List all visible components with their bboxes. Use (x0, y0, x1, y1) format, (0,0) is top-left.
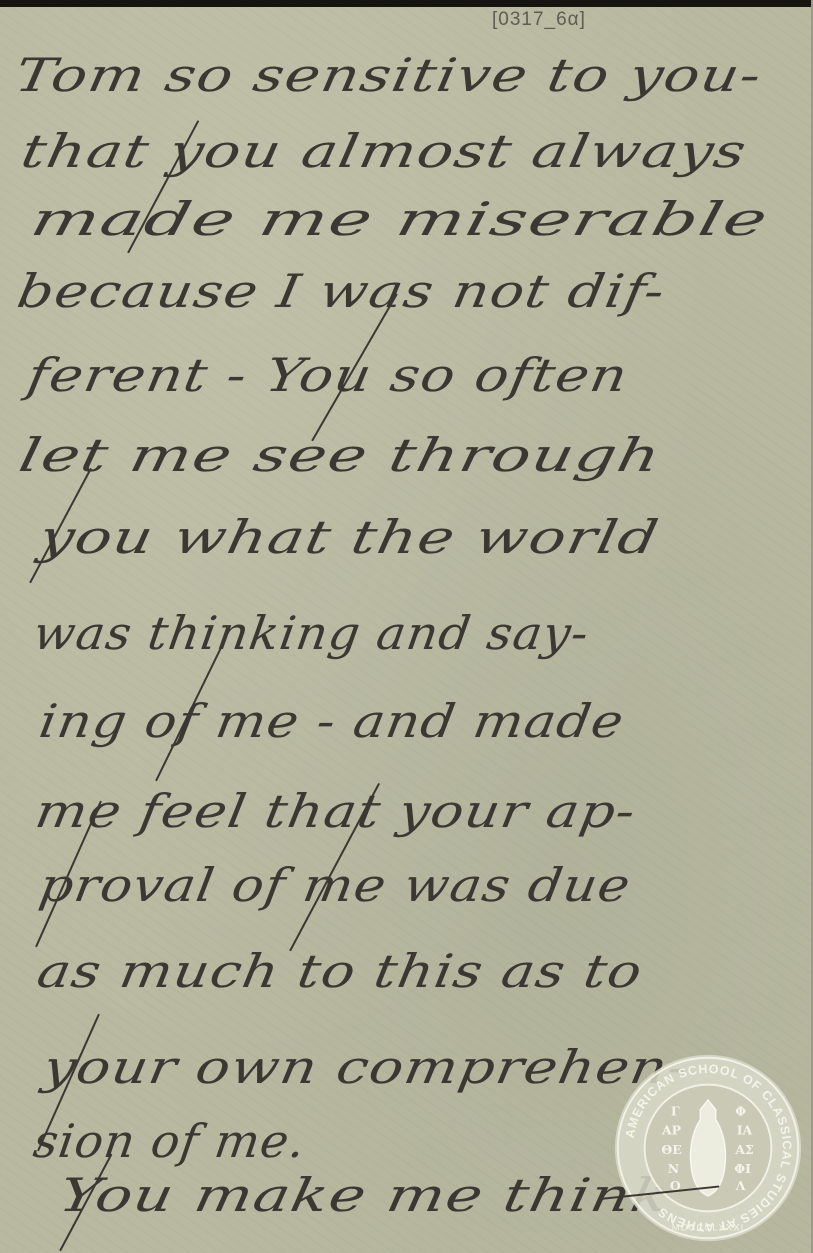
handwritten-line: your own comprehen- (40, 1044, 692, 1090)
handwritten-line: Tom so sensitive to you- (12, 52, 766, 98)
seal-icon: AMERICAN SCHOOL OF CLASSICAL STUDIES AT … (612, 1052, 804, 1244)
handwritten-line: You make me think (56, 1172, 674, 1218)
handwritten-line: let me see through (15, 432, 665, 478)
svg-text:MDCCCLXXXI: MDCCCLXXXI (672, 1223, 744, 1234)
handwritten-line: ferent - You so often (24, 352, 632, 398)
handwritten-line: that you almost always (18, 128, 751, 174)
svg-text:ΘΕ: ΘΕ (661, 1142, 681, 1157)
svg-text:ΑΡ: ΑΡ (661, 1123, 682, 1138)
embossed-seal: AMERICAN SCHOOL OF CLASSICAL STUDIES AT … (612, 1052, 804, 1244)
svg-text:Λ: Λ (735, 1178, 746, 1193)
svg-text:ΑΣ: ΑΣ (734, 1142, 754, 1157)
svg-text:Γ: Γ (671, 1103, 680, 1118)
handwritten-line: you what the world (36, 514, 663, 560)
handwritten-line: was thinking and say- (31, 610, 593, 656)
svg-text:Ν: Ν (668, 1161, 679, 1176)
letter-page: [0317_6α] Tom so sensitive to you- that … (0, 0, 813, 1253)
handwritten-line: ing of me - and made (36, 698, 627, 744)
handwritten-line: proval of me was due (36, 862, 634, 908)
handwritten-line: made me miserable (27, 196, 773, 242)
archive-reference: [0317_6α] (492, 9, 586, 31)
scan-top-edge (0, 0, 813, 7)
svg-text:ΙΑ: ΙΑ (737, 1123, 753, 1138)
handwritten-line: me feel that your ap- (32, 788, 639, 834)
svg-text:ΦΙ: ΦΙ (734, 1161, 751, 1176)
handwritten-line: as much to this as to (34, 948, 646, 994)
handwritten-line: because I was not dif- (14, 268, 669, 314)
handwritten-line: sion of me. (31, 1118, 309, 1164)
svg-text:Φ: Φ (735, 1103, 746, 1118)
